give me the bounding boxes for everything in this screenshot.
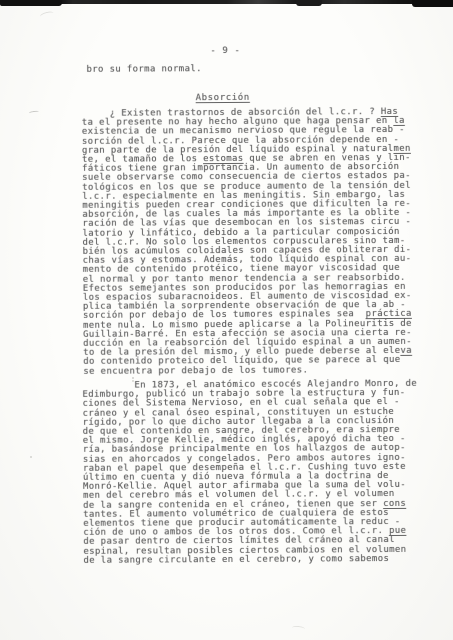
paragraph-2: En 1873, el anatómico escocés Alejandro …	[82, 380, 418, 566]
scanned-document-page: - 9 - bro su forma normal. Absorción ¿ E…	[0, 0, 453, 640]
typed-content: - 9 - bro su forma normal. Absorción ¿ E…	[0, 0, 453, 640]
page-number: - 9 -	[210, 46, 240, 56]
underlined-text: va	[400, 346, 412, 356]
carryover-line: bro su forma normal.	[86, 65, 201, 75]
text-line: se encuentra por debajo de los tumores.	[83, 366, 412, 377]
text-line: de la sangre circulante en el cerebro, y…	[83, 555, 418, 566]
section-heading: Absorción	[196, 93, 250, 103]
paragraph-1: ¿ Existen trastornos de absorción del l.…	[82, 108, 412, 377]
